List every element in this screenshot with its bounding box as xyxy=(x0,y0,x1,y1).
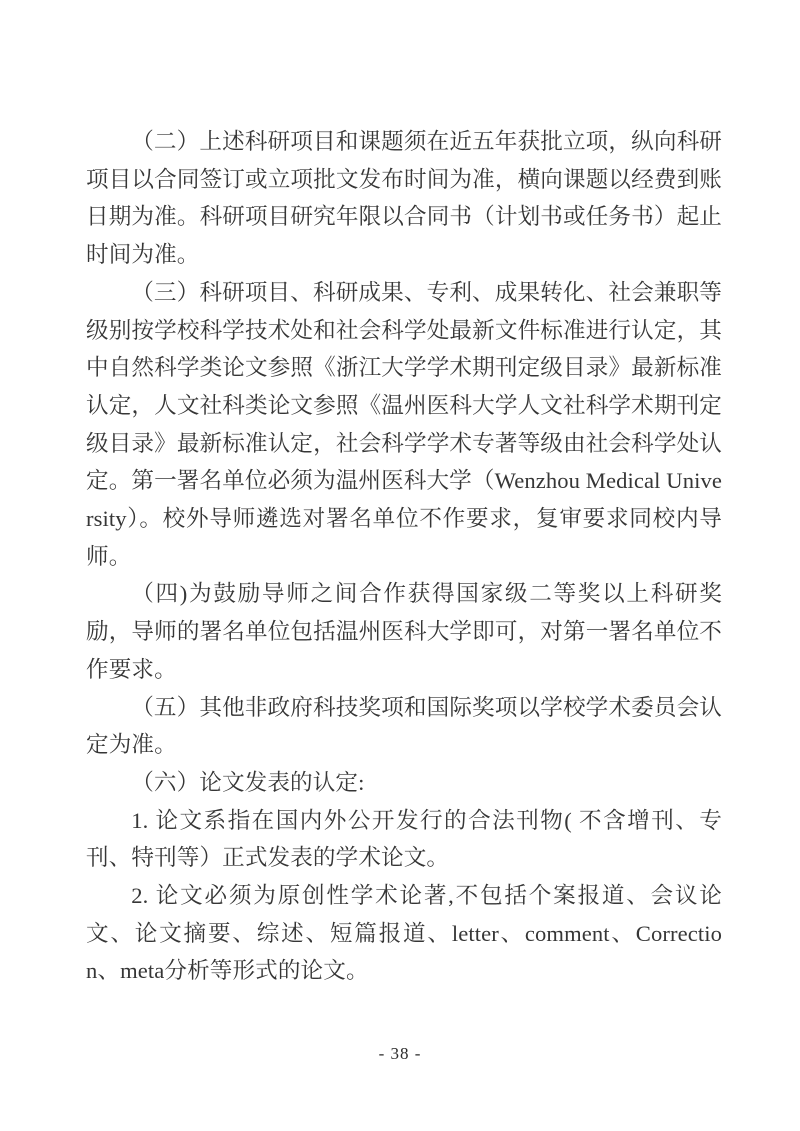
page-footer: - 38 - xyxy=(0,1044,800,1064)
paragraph-clause-4: （四)为鼓励导师之间合作获得国家级二等奖以上科研奖励，导师的署名单位包括温州医科… xyxy=(86,575,722,688)
document-body: （二）上述科研项目和课题须在近五年获批立项，纵向科研项目以合同签订或立项批文发布… xyxy=(86,123,722,990)
paragraph-clause-6: （六）论文发表的认定: xyxy=(86,764,722,802)
page-number: - 38 - xyxy=(379,1044,422,1063)
paragraph-clause-2: （二）上述科研项目和课题须在近五年获批立项，纵向科研项目以合同签订或立项批文发布… xyxy=(86,123,722,274)
paragraph-clause-3: （三）科研项目、科研成果、专利、成果转化、社会兼职等级别按学校科学技术处和社会科… xyxy=(86,274,722,576)
paragraph-clause-5: （五）其他非政府科技奖项和国际奖项以学校学术委员会认定为准。 xyxy=(86,689,722,764)
paragraph-point-1: 1. 论文系指在国内外公开发行的合法刊物( 不含增刊、专刊、特刊等）正式发表的学… xyxy=(86,802,722,877)
document-page: （二）上述科研项目和课题须在近五年获批立项，纵向科研项目以合同签订或立项批文发布… xyxy=(0,0,800,1131)
paragraph-point-2: 2. 论文必须为原创性学术论著,不包括个案报道、会议论文、论文摘要、综述、短篇报… xyxy=(86,877,722,990)
